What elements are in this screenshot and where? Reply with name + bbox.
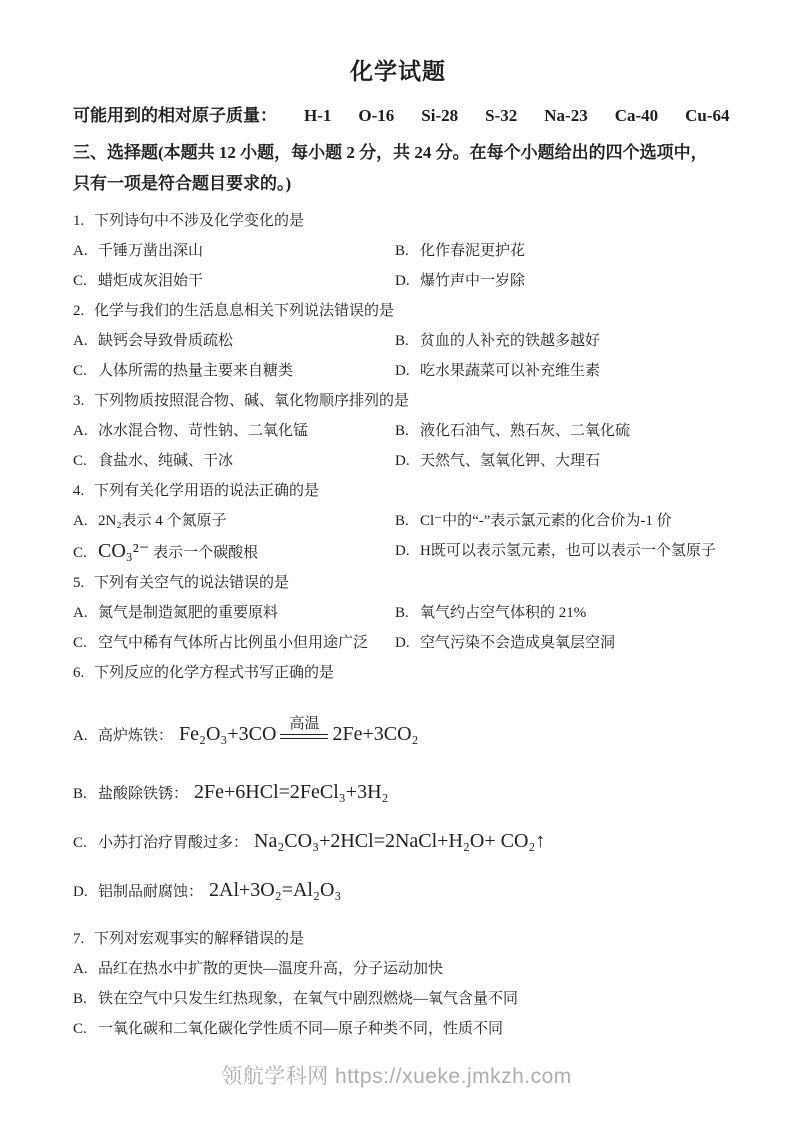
reaction-double-equals: 高温 [280, 734, 328, 739]
option-text: 千锤万凿出深山 [98, 243, 203, 259]
option-text: 品红在热水中扩散的更快—温度升高，分子运动加快 [98, 961, 443, 977]
atomic-mass-value: Cu-64 [685, 101, 729, 130]
option-c: C.小苏打治疗胃酸过多：Na₂CO₃+2HCl=2NaCl+H₂O+ CO₂↑ [73, 826, 723, 858]
exam-page: 化学试题 可能用到的相对原子质量：H-1O-16Si-28S-32Na-23Ca… [0, 0, 793, 1122]
option-letter: C. [73, 266, 98, 296]
option-letter: D. [395, 356, 420, 386]
option-text: 铝制品耐腐蚀： [98, 884, 203, 900]
question-number: 2. [73, 296, 94, 326]
option-letter: B. [395, 416, 420, 446]
option-letter: A. [73, 721, 98, 751]
option-letter: C. [73, 828, 98, 858]
option-b: B.贫血的人补充的铁越多越好 [395, 326, 723, 356]
option-letter: B. [395, 236, 420, 266]
question-7: 7.下列对宏观事实的解释错误的是 A.品红在热水中扩散的更快—温度升高，分子运动… [73, 924, 723, 1044]
option-b: B.氧气约占空气体积的 21% [395, 598, 723, 628]
option-text: 空气中稀有气体所占比例虽小但用途广泛 [98, 635, 368, 651]
option-c: C.一氧化碳和二氧化碳化学性质不同—原子种类不同，性质不同 [73, 1014, 723, 1044]
option-text: 天然气、氢氧化钾、大理石 [420, 453, 600, 469]
atomic-mass-value: Na-23 [544, 101, 587, 130]
option-c: C.空气中稀有气体所占比例虽小但用途广泛 [73, 628, 395, 658]
option-letter: C. [73, 628, 98, 658]
option-b: B.盐酸除铁锈：2Fe+6HCl=2FeCl₃+3H₂ [73, 777, 723, 809]
option-letter: D. [395, 446, 420, 476]
question-number: 4. [73, 476, 94, 506]
option-text: 氮气是制造氮肥的重要原料 [98, 605, 278, 621]
option-text: 表示一个碳酸根 [149, 545, 258, 561]
option-text: Cl⁻中的“-”表示氯元素的化合价为-1 价 [420, 513, 672, 529]
option-letter: D. [395, 536, 420, 566]
option-a: A.品红在热水中扩散的更快—温度升高，分子运动加快 [73, 954, 723, 984]
question-text: 化学与我们的生活息息相关下列说法错误的是 [94, 303, 394, 319]
equation: 2Fe+6HCl=2FeCl₃+3H₂ [194, 781, 388, 803]
options: A.缺钙会导致骨质疏松 B.贫血的人补充的铁越多越好 C.人体所需的热量主要来自… [73, 326, 723, 386]
atomic-mass-value: Ca-40 [615, 101, 658, 130]
option-letter: C. [73, 446, 98, 476]
option-d: D.空气污染不会造成臭氧层空洞 [395, 628, 723, 658]
option-letter: C. [73, 356, 98, 386]
question-text: 下列有关化学用语的说法正确的是 [94, 483, 319, 499]
question-number: 6. [73, 658, 94, 688]
question-text: 下列反应的化学方程式书写正确的是 [94, 665, 334, 681]
atomic-mass-note: 可能用到的相对原子质量：H-1O-16Si-28S-32Na-23Ca-40Cu… [73, 101, 723, 130]
question-number: 1. [73, 206, 94, 236]
option-d: D.爆竹声中一岁除 [395, 266, 723, 296]
equation: 2Al+3O₂=Al₂O₃ [209, 879, 341, 901]
options: A.2N₂表示 4 个氮原子 B.Cl⁻中的“-”表示氯元素的化合价为-1 价 … [73, 506, 723, 568]
exam-content: 化学试题 可能用到的相对原子质量：H-1O-16Si-28S-32Na-23Ca… [0, 0, 793, 1044]
option-a: A.高炉炼铁：Fe₂O₃+3CO高温2Fe+3CO₂ [73, 719, 723, 751]
ion-formula: CO₃²⁻ [98, 540, 149, 562]
option-a: A.千锤万凿出深山 [73, 236, 395, 266]
atomic-mass-value: Si-28 [421, 101, 458, 130]
question-5: 5.下列有关空气的说法错误的是 A.氮气是制造氮肥的重要原料 B.氧气约占空气体… [73, 568, 723, 658]
question-stem: 7.下列对宏观事实的解释错误的是 [73, 924, 723, 954]
option-text: 一氧化碳和二氧化碳化学性质不同—原子种类不同，性质不同 [98, 1021, 503, 1037]
options: A.冰水混合物、苛性钠、二氧化锰 B.液化石油气、熟石灰、二氧化硫 C.食盐水、… [73, 416, 723, 476]
question-text: 下列诗句中不涉及化学变化的是 [94, 213, 304, 229]
options: A.千锤万凿出深山 B.化作春泥更护花 C.蜡炬成灰泪始干 D.爆竹声中一岁除 [73, 236, 723, 296]
atomic-mass-value: O-16 [358, 101, 394, 130]
option-letter: D. [395, 628, 420, 658]
option-c: C.人体所需的热量主要来自糖类 [73, 356, 395, 386]
option-b: B.液化石油气、熟石灰、二氧化硫 [395, 416, 723, 446]
option-letter: A. [73, 236, 98, 266]
option-text: 贫血的人补充的铁越多越好 [420, 333, 600, 349]
question-number: 5. [73, 568, 94, 598]
option-letter: A. [73, 416, 98, 446]
option-text: 2N₂表示 4 个氮原子 [98, 513, 227, 529]
question-stem: 1.下列诗句中不涉及化学变化的是 [73, 206, 723, 236]
options: A.氮气是制造氮肥的重要原料 B.氧气约占空气体积的 21% C.空气中稀有气体… [73, 598, 723, 658]
option-d: D.铝制品耐腐蚀：2Al+3O₂=Al₂O₃ [73, 875, 723, 907]
option-d: D.H既可以表示氢元素，也可以表示一个氢原子 [395, 536, 723, 568]
question-stem: 6.下列反应的化学方程式书写正确的是 [73, 658, 723, 688]
option-letter: D. [395, 266, 420, 296]
option-text: H既可以表示氢元素，也可以表示一个氢原子 [420, 543, 716, 559]
option-c: C.蜡炬成灰泪始干 [73, 266, 395, 296]
watermark: 领航学科网 https://xueke.jmkzh.com [0, 1060, 793, 1090]
question-text: 下列物质按照混合物、碱、氧化物顺序排列的是 [94, 393, 409, 409]
question-text: 下列对宏观事实的解释错误的是 [94, 931, 304, 947]
option-letter: B. [395, 326, 420, 356]
option-text: 爆竹声中一岁除 [420, 273, 525, 289]
option-letter: C. [73, 538, 98, 568]
option-c: C.CO₃²⁻ 表示一个碳酸根 [73, 536, 395, 568]
question-2: 2.化学与我们的生活息息相关下列说法错误的是 A.缺钙会导致骨质疏松 B.贫血的… [73, 296, 723, 386]
question-stem: 5.下列有关空气的说法错误的是 [73, 568, 723, 598]
atomic-mass-label: 可能用到的相对原子质量： [73, 106, 277, 125]
option-a: A.2N₂表示 4 个氮原子 [73, 506, 395, 536]
question-stem: 3.下列物质按照混合物、碱、氧化物顺序排列的是 [73, 386, 723, 416]
option-text: 空气污染不会造成臭氧层空洞 [420, 635, 615, 651]
option-text: 食盐水、纯碱、干冰 [98, 453, 233, 469]
reaction-condition: 高温 [289, 717, 319, 732]
option-text: 氧气约占空气体积的 21% [420, 605, 586, 621]
section-heading: 三、选择题(本题共 12 小题，每小题 2 分，共 24 分。在每个小题给出的四… [73, 137, 723, 199]
option-text: 铁在空气中只发生红热现象，在氧气中剧烈燃烧—氧气含量不同 [98, 991, 518, 1007]
atomic-mass-value: H-1 [304, 101, 331, 130]
option-text: 化作春泥更护花 [420, 243, 525, 259]
question-number: 7. [73, 924, 94, 954]
equation: Na₂CO₃+2HCl=2NaCl+H₂O+ CO₂↑ [254, 830, 545, 852]
option-letter: A. [73, 954, 98, 984]
option-b: B.铁在空气中只发生红热现象，在氧气中剧烈燃烧—氧气含量不同 [73, 984, 723, 1014]
option-text: 人体所需的热量主要来自糖类 [98, 363, 293, 379]
option-letter: B. [395, 598, 420, 628]
question-stem: 4.下列有关化学用语的说法正确的是 [73, 476, 723, 506]
question-6: 6.下列反应的化学方程式书写正确的是 A.高炉炼铁：Fe₂O₃+3CO高温2Fe… [73, 658, 723, 907]
option-letter: C. [73, 1014, 98, 1044]
option-letter: B. [73, 779, 98, 809]
option-b: B.Cl⁻中的“-”表示氯元素的化合价为-1 价 [395, 506, 723, 536]
option-b: B.化作春泥更护花 [395, 236, 723, 266]
option-a: A.冰水混合物、苛性钠、二氧化锰 [73, 416, 395, 446]
atomic-mass-value: S-32 [485, 101, 517, 130]
question-1: 1.下列诗句中不涉及化学变化的是 A.千锤万凿出深山 B.化作春泥更护花 C.蜡… [73, 206, 723, 296]
option-letter: B. [73, 984, 98, 1014]
option-text: 小苏打治疗胃酸过多： [98, 835, 248, 851]
option-text: 蜡炬成灰泪始干 [98, 273, 203, 289]
option-letter: D. [73, 877, 98, 907]
equation-rhs: 2Fe+3CO₂ [332, 723, 418, 745]
option-a: A.氮气是制造氮肥的重要原料 [73, 598, 395, 628]
option-letter: A. [73, 598, 98, 628]
option-letter: A. [73, 506, 98, 536]
equation-lhs: Fe₂O₃+3CO [179, 723, 276, 745]
option-text: 冰水混合物、苛性钠、二氧化锰 [98, 423, 308, 439]
option-letter: A. [73, 326, 98, 356]
question-number: 3. [73, 386, 94, 416]
option-text: 缺钙会导致骨质疏松 [98, 333, 233, 349]
page-title: 化学试题 [73, 56, 723, 88]
question-text: 下列有关空气的说法错误的是 [94, 575, 289, 591]
option-d: D.吃水果蔬菜可以补充维生素 [395, 356, 723, 386]
option-text: 液化石油气、熟石灰、二氧化硫 [420, 423, 630, 439]
option-letter: B. [395, 506, 420, 536]
question-4: 4.下列有关化学用语的说法正确的是 A.2N₂表示 4 个氮原子 B.Cl⁻中的… [73, 476, 723, 568]
option-c: C.食盐水、纯碱、干冰 [73, 446, 395, 476]
option-a: A.缺钙会导致骨质疏松 [73, 326, 395, 356]
option-text: 吃水果蔬菜可以补充维生素 [420, 363, 600, 379]
question-3: 3.下列物质按照混合物、碱、氧化物顺序排列的是 A.冰水混合物、苛性钠、二氧化锰… [73, 386, 723, 476]
option-text: 盐酸除铁锈： [98, 786, 188, 802]
option-text: 高炉炼铁： [98, 728, 173, 744]
question-stem: 2.化学与我们的生活息息相关下列说法错误的是 [73, 296, 723, 326]
option-d: D.天然气、氢氧化钾、大理石 [395, 446, 723, 476]
